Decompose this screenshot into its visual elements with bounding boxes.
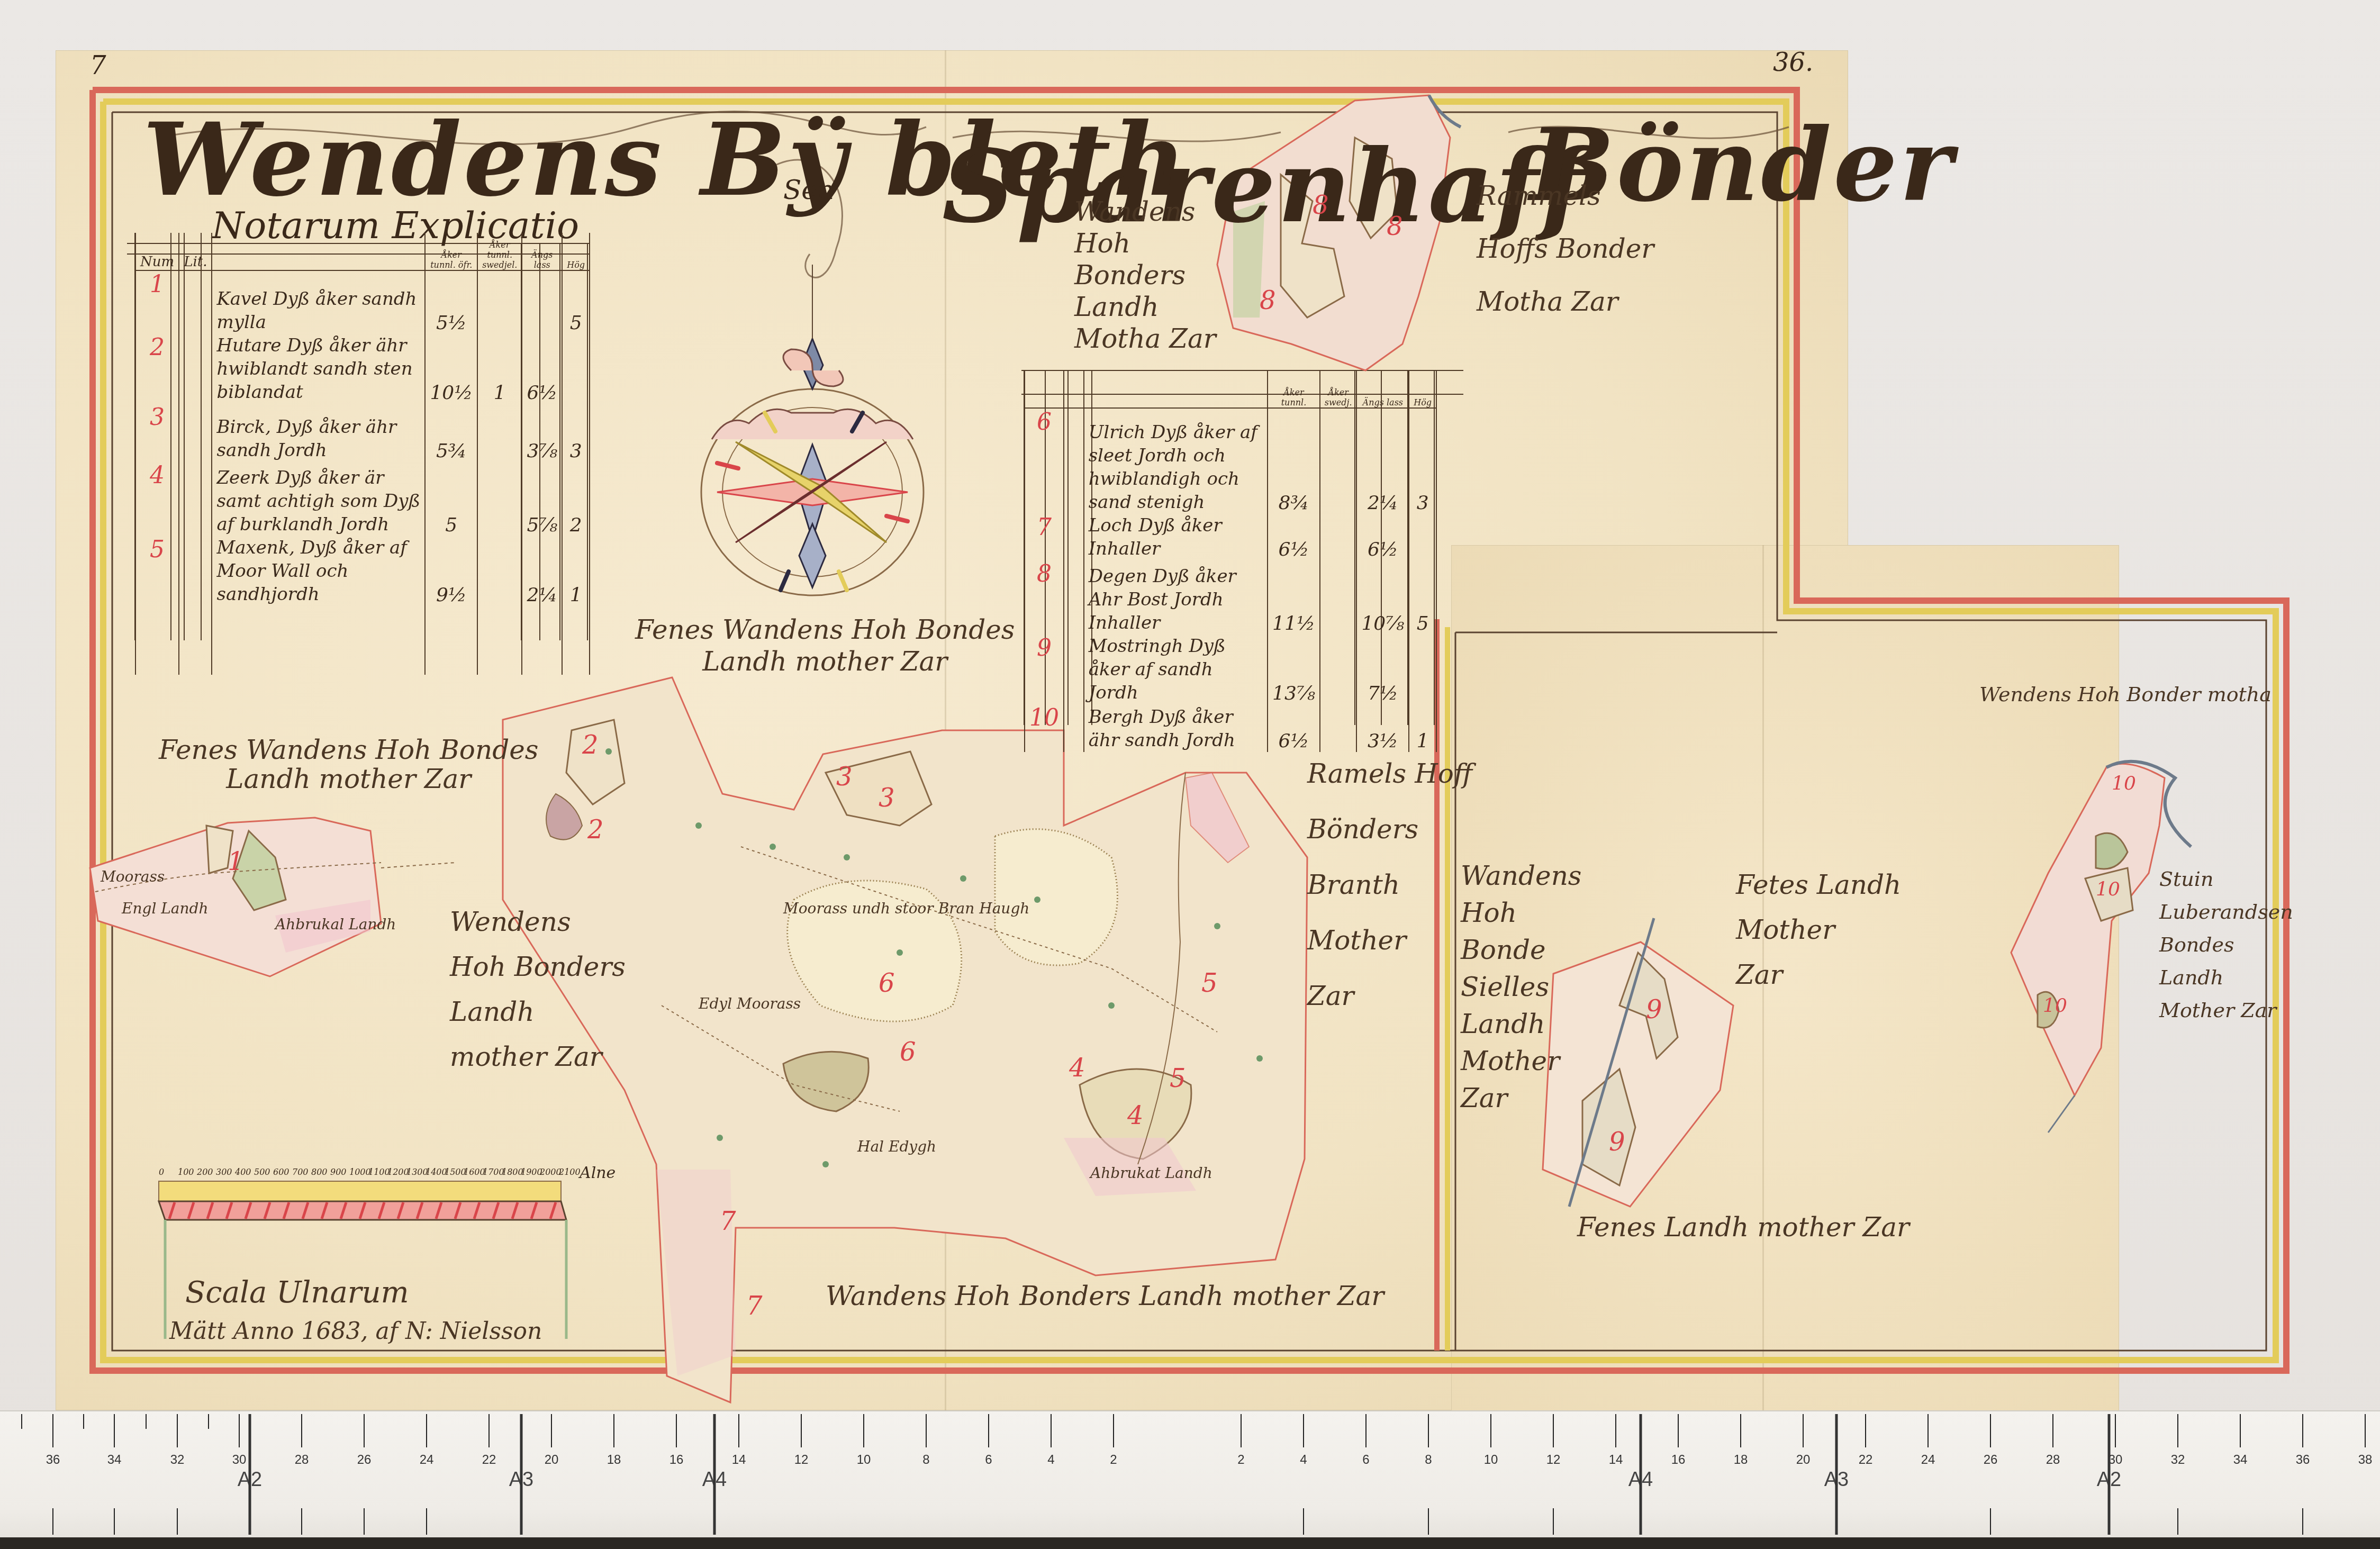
label-below-compass: Fenes Wandens Hoh BondesLandh mother Zar xyxy=(635,614,1015,677)
label-attach-left: WandensHohBondeSiellesLandhMotherZar xyxy=(1461,857,1582,1117)
legend-header: Lit. xyxy=(179,233,212,270)
title-connector: Sen xyxy=(783,175,834,205)
scale-bar xyxy=(159,1181,566,1339)
parcel-number: 2 xyxy=(582,730,599,760)
parcel-number: 5 xyxy=(1170,1064,1186,1093)
parcel-number: 5 xyxy=(1201,968,1218,998)
legend-row: 1Kavel Dyß åker sandh mylla5½5 xyxy=(135,270,590,334)
legend-header: Åker tunnl. swedjel. xyxy=(477,233,522,270)
label-main-bottom: Wandens Hoh Bonders Landh mother Zar xyxy=(826,1281,1384,1311)
terrain-label: Moorass xyxy=(101,868,165,885)
parcel-number: 3 xyxy=(836,762,853,792)
label-attach-right: StuinLuberandsenBondesLandhMother Zar xyxy=(2159,863,2293,1027)
legend-header xyxy=(212,233,425,270)
terrain-label: Moorass undh stoor Bran Haugh xyxy=(783,900,1029,917)
legend-table-2: Åker tunnl. Åker swedj. Ängs lass Hög 6U… xyxy=(1024,370,1437,752)
legend-row: 2Hutare Dyß åker ähr hwiblandt sandh ste… xyxy=(135,334,590,404)
legend-row: 4Zeerk Dyß åker är samt achtigh som Dyß … xyxy=(135,462,590,536)
parcel-number: 10 xyxy=(2112,773,2136,794)
legend-header: Åker tunnl. öfr. xyxy=(425,233,477,270)
legend-header: Num xyxy=(135,233,179,270)
terrain-label: Engl Landh xyxy=(122,900,209,917)
parcel-number: 3 xyxy=(879,783,895,813)
surveyor-signature: Mätt Anno 1683, af N: Nielsson xyxy=(169,1318,542,1345)
parcel-number: 6 xyxy=(900,1037,916,1067)
parcel-number: 8 xyxy=(1260,286,1276,315)
label-attach-top-right: Wendens Hoh Bonder motha xyxy=(1979,683,2272,706)
map-parcel-1-area xyxy=(90,818,381,976)
parcel-number: 4 xyxy=(1127,1101,1144,1130)
legend-header: Ängs lass xyxy=(1356,370,1409,408)
legend-row: 8Degen Dyß åker Ahr Bost Jordh Inhaller1… xyxy=(1025,560,1436,635)
legend-row: 5Maxenk, Dyß åker af Moor Wall och sandh… xyxy=(135,536,590,606)
legend-row: 9Mostringh Dyß åker af sandh Jordh13⅞7½ xyxy=(1025,635,1436,704)
label-main-right: Ramels HoffBöndersBranthMotherZar xyxy=(1307,746,1472,1024)
parcel-number: 7 xyxy=(746,1291,763,1321)
terrain-label: Ahbrukal Landh xyxy=(275,916,396,933)
label-top-center-left: WandensHohBondersLandhMotha Zar xyxy=(1074,196,1216,355)
parcel-number: 10 xyxy=(2043,995,2067,1017)
legend-header: Ängs lass xyxy=(522,233,562,270)
compass-rose-icon xyxy=(701,265,924,595)
parcel-number: 2 xyxy=(587,815,604,845)
parcel-number: 9 xyxy=(1609,1127,1625,1157)
legend-row: 6Ulrich Dyß åker af sleet Jordh och hwib… xyxy=(1025,408,1436,514)
parcel-number: 7 xyxy=(720,1207,736,1236)
label-top-right: RammelsHoffs BonderMotha Zar xyxy=(1477,169,1654,328)
terrain-label: Ahbrukat Landh xyxy=(1090,1164,1212,1182)
parcel-number: 6 xyxy=(879,968,895,998)
label-left-map-title: Fenes Wandens Hoh BondesLandh mother Zar xyxy=(159,736,538,794)
scale-caption: Scala Ulnarum xyxy=(185,1275,409,1310)
parcel-number: 9 xyxy=(1646,995,1662,1025)
terrain-label: Hal Edygh xyxy=(857,1138,936,1155)
parcel-number: 8 xyxy=(1387,212,1403,241)
legend-header: Åker tunnl. xyxy=(1268,370,1320,408)
legend-row: 3Birck, Dyß åker ähr sandh Jordh5¾3⅞3 xyxy=(135,404,590,462)
ruler-edge xyxy=(0,1537,2380,1549)
legend-header: Hög xyxy=(562,233,590,270)
label-attach-bottom: Fenes Landh mother Zar xyxy=(1577,1212,1910,1243)
label-attach-mid: Fetes LandhMotherZar xyxy=(1736,863,1901,998)
parcel-number: 10 xyxy=(2096,878,2120,900)
legend-row: 7Loch Dyß åker Inhaller6½6½ xyxy=(1025,514,1436,560)
legend-header: Åker swedj. xyxy=(1320,370,1357,408)
parcel-number: 4 xyxy=(1069,1053,1085,1083)
legend-row: 10Bergh Dyß åker ähr sandh Jordh6½3½1 xyxy=(1025,704,1436,752)
label-main-left: WendensHoh BondersLandhmother Zar xyxy=(450,900,626,1080)
legend-table-1: Num Lit. Åker tunnl. öfr. Åker tunnl. sw… xyxy=(135,233,590,675)
parcel-number: 1 xyxy=(228,847,244,876)
legend-header: Hög xyxy=(1409,370,1436,408)
terrain-label: Edyl Moorass xyxy=(699,995,801,1012)
parcel-number: 8 xyxy=(1313,191,1329,220)
measuring-ruler xyxy=(0,1410,2380,1549)
